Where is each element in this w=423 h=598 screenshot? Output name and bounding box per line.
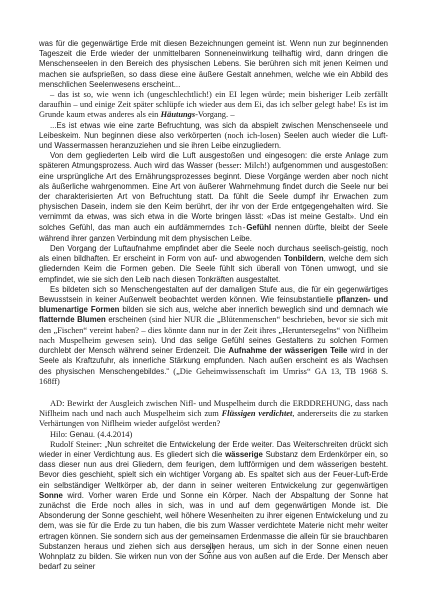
text-segment: Rudolf Steiner: [50,440,105,449]
text-segment: Tonbildern [284,254,324,263]
text-segment: Sonne [39,491,63,500]
text-segment: Genau. [70,430,96,439]
text-segment: (besser: Milch!) [216,161,270,170]
paragraph: Es bildeten sich so Menschengestalten au… [39,285,388,387]
paragraph: Hilo: Genau. (4.4.2014) [39,430,388,440]
text-segment: (noch ich-losen) [225,131,281,140]
scanned-document-page: was für die gegenwärtige Erde mit diesen… [0,0,423,598]
text-segment: Ich- [229,225,247,233]
text-segment: -Vorgang. – [195,110,234,119]
text-segment: flatternde Blumen [39,315,106,324]
text-segment: Hilo: [50,430,70,439]
text-segment: wird. Vorher waren Erde und Sonne ein Kö… [39,491,388,571]
paragraph: Den Vorgang der Luftaufnahme empfindet a… [39,244,388,285]
paragraph: Von dem gegliederten Leib wird die Luft … [39,151,388,244]
text-segment: was für die gegenwärtige Erde mit diesen… [39,39,388,89]
text-segment: (4.4.2014) [95,430,132,439]
paragraph: – das ist so, wie wenn ich (ungeschlecht… [39,90,388,121]
page-text: was für die gegenwärtige Erde mit diesen… [39,39,388,572]
text-segment: Aufnahme der wässerigen Teile [229,346,348,355]
page-number: 27 [0,545,423,555]
text-segment: Flüssigen verdichtet [222,409,293,418]
text-segment: wässerige [225,450,263,459]
paragraph: ...Es ist etwas wie eine zarte Befruchtu… [39,121,388,152]
paragraph: AD: Bewirkt der Ausgleich zwischen Nifl-… [39,399,388,430]
text-segment: Häutungs [161,110,195,119]
paragraph: was für die gegenwärtige Erde mit diesen… [39,39,388,90]
text-segment: aufgenommen und ausgestoßen: eine ursprü… [39,161,388,231]
text-segment: erscheinen [106,315,149,324]
text-segment: Gefühl [246,223,271,232]
text-segment: bilden sie sich aus, welche aber innerli… [119,305,388,314]
